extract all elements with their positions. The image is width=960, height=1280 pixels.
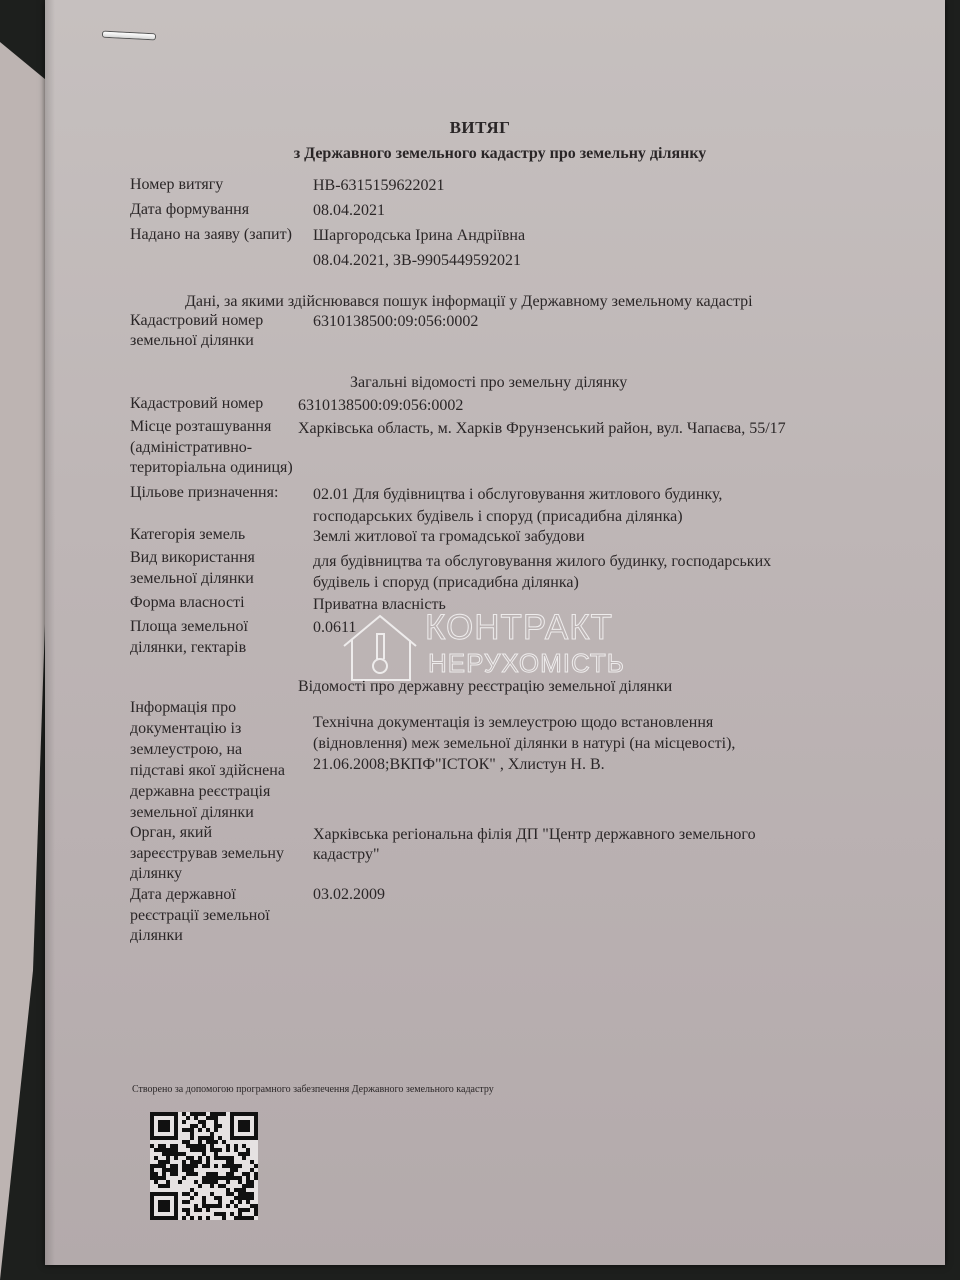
registration-date-label-2: реєстрації земельної (130, 905, 270, 927)
formation-date-label: Дата формування (130, 199, 249, 221)
registering-body-label-3: ділянку (130, 863, 182, 885)
search-cadastral-label-1: Кадастровий номер (130, 310, 263, 332)
location-label-2: (адміністративно- (130, 437, 252, 459)
registration-date-value: 03.02.2009 (313, 884, 385, 906)
purpose-value-1: 02.01 Для будівництва і обслуговування ж… (313, 484, 722, 506)
extract-number-label: Номер витягу (130, 174, 223, 196)
ownership-label: Форма власності (130, 592, 245, 614)
footer-note: Створено за допомогою програмного забезп… (132, 1084, 494, 1095)
cadastral-number-value: 6310138500:09:056:0002 (298, 395, 463, 417)
registering-body-value-1: Харківська регіональна філія ДП "Центр д… (313, 824, 756, 846)
general-section-heading: Загальні відомості про земельну ділянку (350, 372, 627, 394)
search-section-heading: Дані, за якими здійснювався пошук інформ… (185, 291, 753, 313)
usage-type-label-1: Вид використання (130, 547, 255, 569)
area-label-2: ділянки, гектарів (130, 637, 246, 659)
registration-section-heading: Відомості про державну реєстрацію земель… (298, 676, 672, 698)
cadastral-number-label: Кадастровий номер (130, 393, 263, 415)
documentation-value-1: Технічна документація із землеустрою щод… (313, 712, 713, 734)
request-number: 08.04.2021, ЗВ-9905449592021 (313, 250, 521, 272)
purpose-label: Цільове призначення: (130, 482, 278, 504)
purpose-value-2: господарських будівель і споруд (присади… (313, 506, 683, 528)
document-subtitle: з Державного земельного кадастру про зем… (0, 145, 960, 163)
formation-date-value: 08.04.2021 (313, 200, 385, 222)
qr-code-icon (150, 1112, 258, 1220)
registering-body-label-2: зареєстрував земельну (130, 843, 284, 865)
usage-type-value-1: для будівництва та обслуговування жилого… (313, 551, 771, 573)
location-label-3: територіальна одиниця) (130, 457, 293, 479)
documentation-label-6: земельної ділянки (130, 802, 254, 824)
document-content: ВИТЯГ з Державного земельного кадастру п… (0, 0, 960, 1280)
documentation-value-3: 21.06.2008;ВКПФ"ІСТОК" , Хлистун Н. В. (313, 754, 605, 776)
location-label-1: Місце розташування (130, 416, 271, 438)
land-category-label: Категорія земель (130, 524, 245, 546)
search-cadastral-value: 6310138500:09:056:0002 (313, 311, 478, 333)
document-title: ВИТЯГ (0, 118, 960, 138)
registering-body-label-1: Орган, який (130, 822, 212, 844)
applicant-name: Шаргородська Ірина Андріївна (313, 225, 525, 247)
documentation-label-3: землеустрою, на (130, 739, 242, 761)
ownership-value: Приватна власність (313, 594, 446, 616)
usage-type-value-2: будівель і споруд (присадибна ділянка) (313, 572, 579, 594)
registration-date-label-1: Дата державної (130, 884, 236, 906)
registering-body-value-2: кадастру" (313, 844, 379, 866)
request-label: Надано на заяву (запит) (130, 224, 292, 246)
documentation-label-5: державна реєстрація (130, 781, 270, 803)
search-cadastral-label-2: земельної ділянки (130, 330, 254, 352)
area-value: 0.0611 (313, 617, 356, 639)
area-label-1: Площа земельної (130, 616, 248, 638)
extract-number-value: НВ-6315159622021 (313, 175, 445, 197)
documentation-value-2: (відновлення) меж земельної ділянки в на… (313, 733, 735, 755)
documentation-label-2: документацію із (130, 718, 241, 740)
location-value: Харківська область, м. Харків Фрунзенськ… (298, 418, 786, 440)
land-category-value: Землі житлової та громадської забудови (313, 526, 585, 548)
registration-date-label-3: ділянки (130, 925, 183, 947)
documentation-label-1: Інформація про (130, 697, 236, 719)
usage-type-label-2: земельної ділянки (130, 568, 254, 590)
documentation-label-4: підставі якої здійснена (130, 760, 285, 782)
